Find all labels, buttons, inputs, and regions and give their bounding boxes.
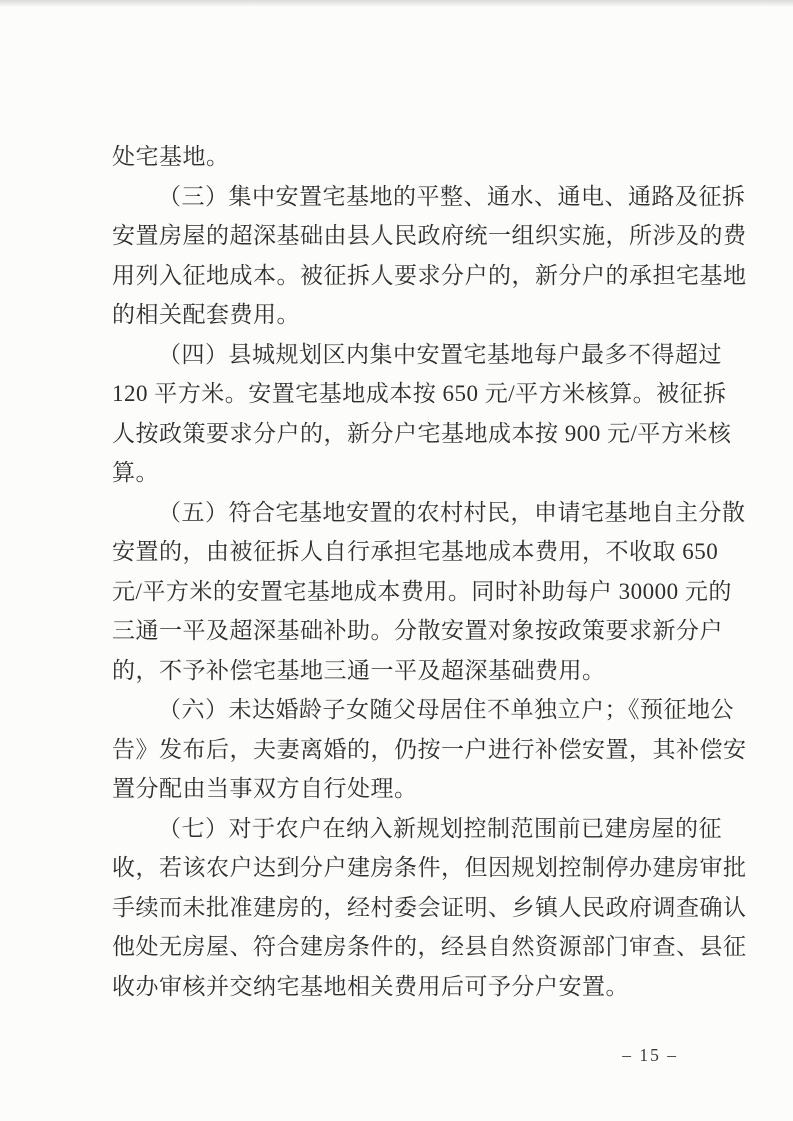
text-line: （七）对于农户在纳入新规划控制范围前已建房屋的征 bbox=[112, 809, 690, 849]
document-body: 处宅基地。（三）集中安置宅基地的平整、通水、通电、通路及征拆安置房屋的超深基础由… bbox=[112, 137, 690, 1006]
text-line: 三通一平及超深基础补助。分散安置对象按政策要求新分户 bbox=[112, 611, 690, 651]
text-line: 人按政策要求分户的，新分户宅基地成本按 900 元/平方米核 bbox=[112, 414, 690, 454]
page-number: – 15 – bbox=[622, 1045, 678, 1066]
text-line: 的相关配套费用。 bbox=[112, 295, 690, 335]
text-line: 处宅基地。 bbox=[112, 137, 690, 177]
text-line: 收，若该农户达到分户建房条件，但因规划控制停办建房审批 bbox=[112, 848, 690, 888]
text-line: （五）符合宅基地安置的农村村民，申请宅基地自主分散 bbox=[112, 493, 690, 533]
text-line: 算。 bbox=[112, 453, 690, 493]
paragraph-item-5: （五）符合宅基地安置的农村村民，申请宅基地自主分散安置的，由被征拆人自行承担宅基… bbox=[112, 493, 690, 691]
text-line: 收办审核并交纳宅基地相关费用后可予分户安置。 bbox=[112, 967, 690, 1007]
text-line: 120 平方米。安置宅基地成本按 650 元/平方米核算。被征拆 bbox=[112, 374, 690, 414]
text-line: 置分配由当事双方自行处理。 bbox=[112, 769, 690, 809]
paragraph-item-3: （三）集中安置宅基地的平整、通水、通电、通路及征拆安置房屋的超深基础由县人民政府… bbox=[112, 177, 690, 335]
text-line: 用列入征地成本。被征拆人要求分户的，新分户的承担宅基地 bbox=[112, 256, 690, 296]
text-line: 元/平方米的安置宅基地成本费用。同时补助每户 30000 元的 bbox=[112, 572, 690, 612]
text-line: 告》发布后，夫妻离婚的，仍按一户进行补偿安置，其补偿安 bbox=[112, 730, 690, 770]
text-line: 他处无房屋、符合建房条件的，经县自然资源部门审查、县征 bbox=[112, 927, 690, 967]
text-line: 安置的，由被征拆人自行承担宅基地成本费用，不收取 650 bbox=[112, 532, 690, 572]
text-line: （六）未达婚龄子女随父母居住不单独立户；《预征地公 bbox=[112, 690, 690, 730]
text-line: （四）县城规划区内集中安置宅基地每户最多不得超过 bbox=[112, 335, 690, 375]
text-line: 的，不予补偿宅基地三通一平及超深基础费用。 bbox=[112, 651, 690, 691]
paragraph-item-7: （七）对于农户在纳入新规划控制范围前已建房屋的征收，若该农户达到分户建房条件，但… bbox=[112, 809, 690, 1007]
text-line: 安置房屋的超深基础由县人民政府统一组织实施，所涉及的费 bbox=[112, 216, 690, 256]
scan-top-edge bbox=[0, 0, 793, 7]
text-line: 手续而未批准建房的，经村委会证明、乡镇人民政府调查确认 bbox=[112, 888, 690, 928]
text-line: （三）集中安置宅基地的平整、通水、通电、通路及征拆 bbox=[112, 177, 690, 217]
paragraph-continuation: 处宅基地。 bbox=[112, 137, 690, 177]
paragraph-item-4: （四）县城规划区内集中安置宅基地每户最多不得超过120 平方米。安置宅基地成本按… bbox=[112, 335, 690, 493]
paragraph-item-6: （六）未达婚龄子女随父母居住不单独立户；《预征地公告》发布后，夫妻离婚的，仍按一… bbox=[112, 690, 690, 809]
